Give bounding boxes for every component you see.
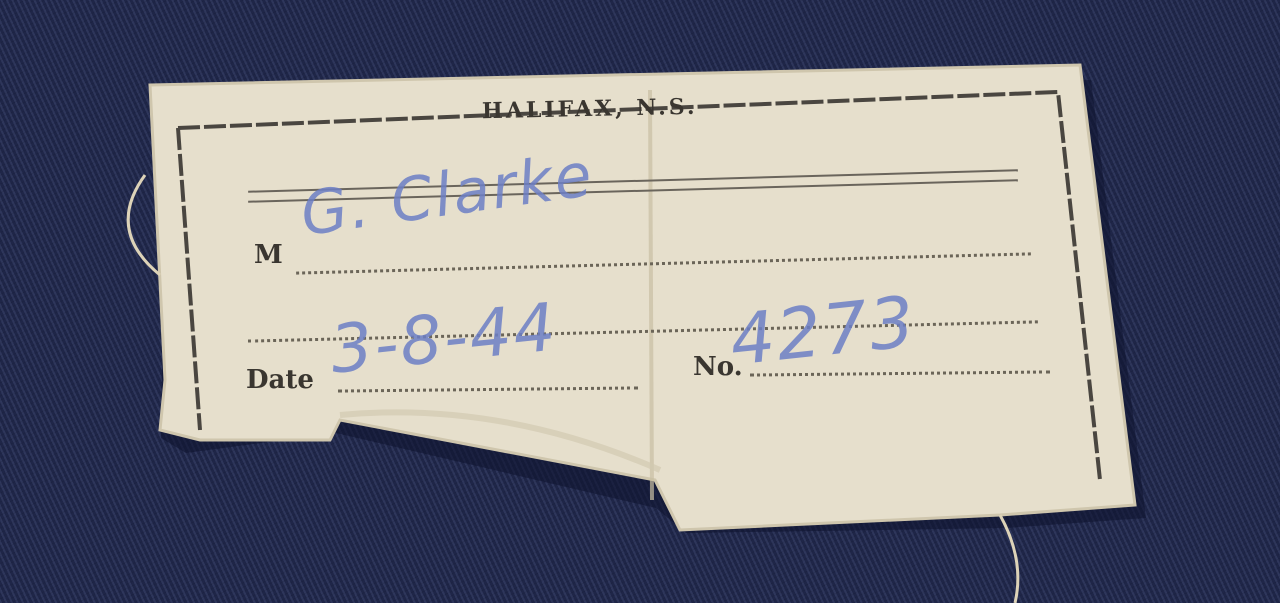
- loose-thread: [1000, 515, 1018, 603]
- cloth-label: [0, 0, 1280, 603]
- date-field-label: Date: [246, 365, 314, 395]
- name-field-label: M: [254, 240, 283, 270]
- label-header: HALIFAX, N.S.: [482, 94, 698, 125]
